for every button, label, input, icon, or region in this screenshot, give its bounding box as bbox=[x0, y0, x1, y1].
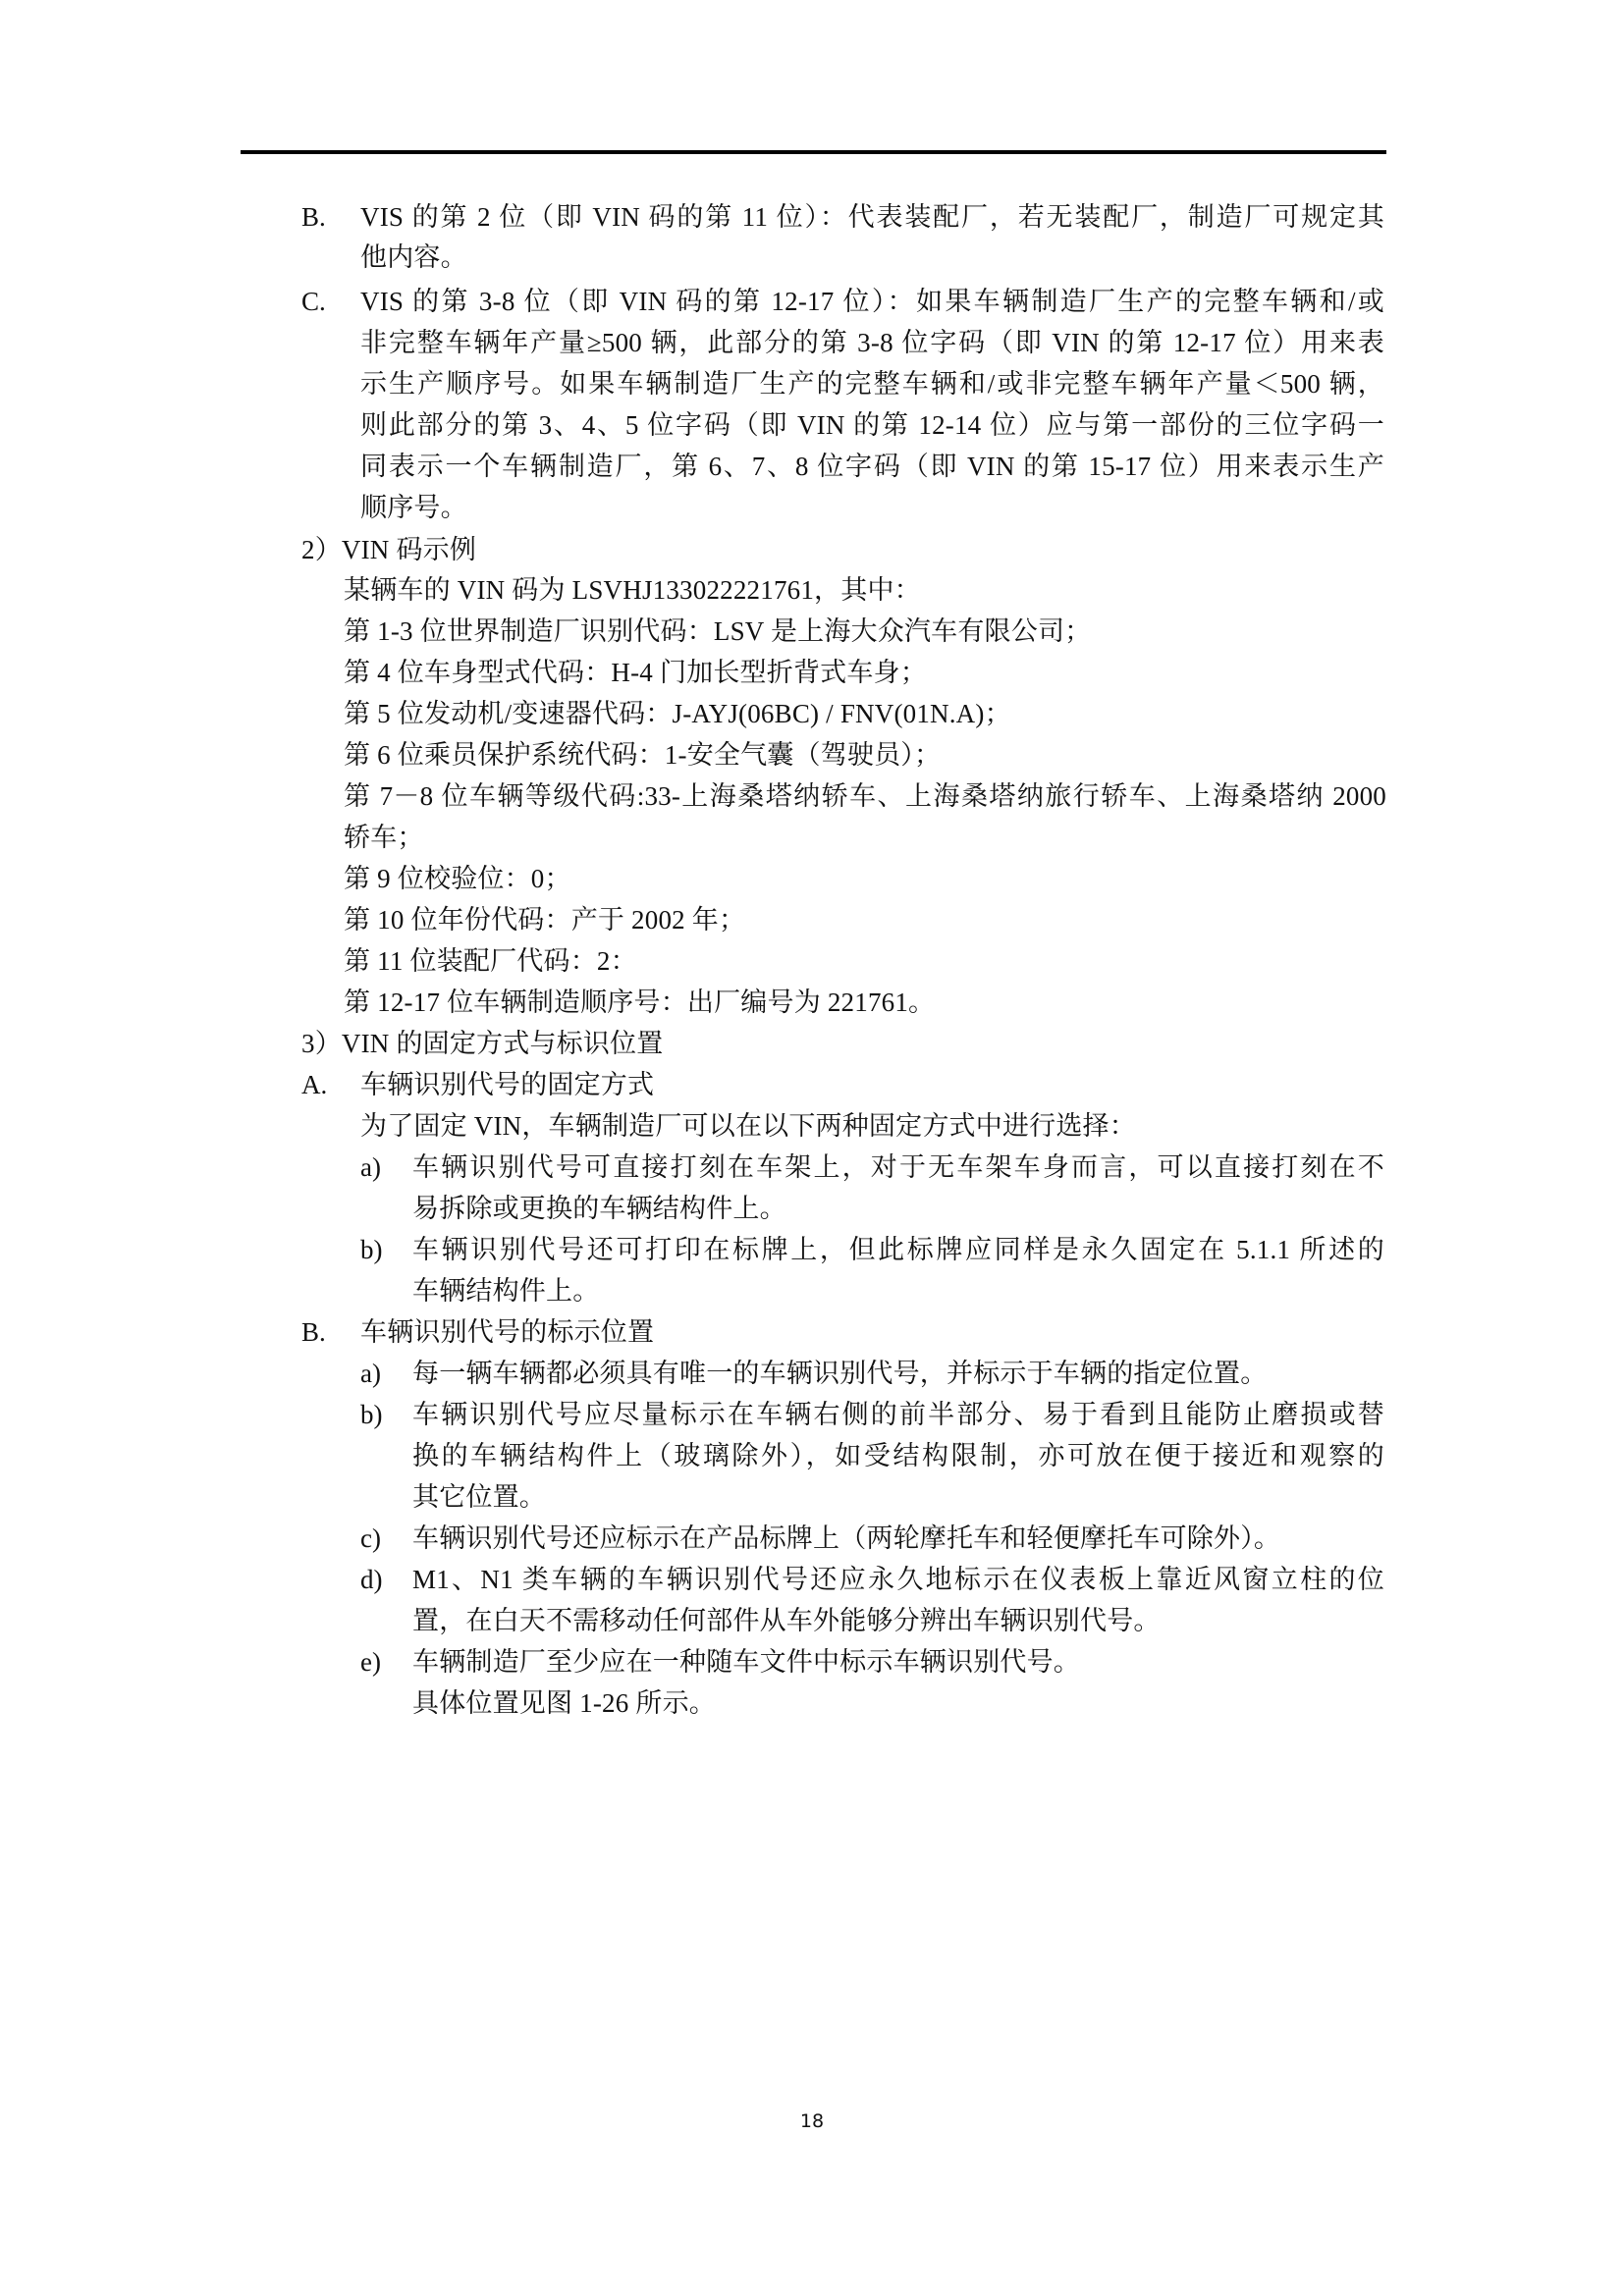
list-item-line: 车辆识别代号还可打印在标牌上，但此标牌应同样是永久固定在 5.1.1 所述的 bbox=[412, 1233, 1384, 1266]
vin-item: 第 7－8 位车辆等级代码:33-上海桑塔纳轿车、上海桑塔纳旅行轿车、上海桑塔纳… bbox=[344, 779, 1386, 813]
paragraph-line: VIS 的第 2 位（即 VIN 码的第 11 位）：代表装配厂，若无装配厂，制… bbox=[360, 200, 1384, 234]
subsection-title: 车辆识别代号的固定方式 bbox=[360, 1068, 654, 1101]
section-heading-vin-fixing: 3）VIN 的固定方式与标识位置 bbox=[301, 1027, 663, 1060]
paragraph-line: 非完整车辆年产量≥500 辆，此部分的第 3-8 位字码（即 VIN 的第 12… bbox=[360, 326, 1384, 359]
page-number: 18 bbox=[0, 2110, 1624, 2132]
list-marker: a) bbox=[360, 1150, 381, 1184]
list-item-line: 车辆制造厂至少应在一种随车文件中标示车辆识别代号。 bbox=[412, 1645, 1080, 1679]
section-marker-c: C. bbox=[301, 285, 326, 318]
vin-item: 第 9 位校验位：0； bbox=[344, 862, 571, 895]
list-marker: e) bbox=[360, 1645, 381, 1679]
subsection-title: 车辆识别代号的标示位置 bbox=[360, 1315, 654, 1349]
subsection-marker-b: B. bbox=[301, 1315, 326, 1349]
header-rule bbox=[241, 150, 1386, 154]
vin-item: 轿车； bbox=[344, 821, 424, 854]
list-marker: d) bbox=[360, 1563, 383, 1596]
subsection-marker-a: A. bbox=[301, 1068, 327, 1101]
section-heading-vin-example: 2）VIN 码示例 bbox=[301, 533, 476, 566]
paragraph-line: 则此部分的第 3、4、5 位字码（即 VIN 的第 12-14 位）应与第一部份… bbox=[360, 408, 1384, 442]
vin-item: 第 1-3 位世界制造厂识别代码：LSV 是上海大众汽车有限公司； bbox=[344, 614, 1091, 648]
list-item-line: 车辆识别代号还应标示在产品标牌上（两轮摩托车和轻便摩托车可除外）。 bbox=[412, 1522, 1280, 1555]
list-item-line: 每一辆车辆都必须具有唯一的车辆识别代号，并标示于车辆的指定位置。 bbox=[412, 1357, 1267, 1390]
paragraph-line: 示生产顺序号。如果车辆制造厂生产的完整车辆和/或非完整车辆年产量＜500 辆， bbox=[360, 367, 1384, 400]
list-marker: a) bbox=[360, 1357, 381, 1390]
list-item-line: 具体位置见图 1-26 所示。 bbox=[412, 1686, 716, 1720]
paragraph-line: VIS 的第 3-8 位（即 VIN 码的第 12-17 位）：如果车辆制造厂生… bbox=[360, 285, 1384, 318]
subsection-intro: 为了固定 VIN，车辆制造厂可以在以下两种固定方式中进行选择： bbox=[360, 1109, 1136, 1143]
list-item-line: 车辆识别代号应尽量标示在车辆右侧的前半部分、易于看到且能防止磨损或替 bbox=[412, 1398, 1384, 1431]
list-marker: b) bbox=[360, 1398, 383, 1431]
list-item-line: 置，在白天不需移动任何部件从车外能够分辨出车辆识别代号。 bbox=[412, 1604, 1161, 1637]
list-item-line: 其它位置。 bbox=[412, 1480, 546, 1514]
list-marker: b) bbox=[360, 1233, 383, 1266]
vin-item: 第 12-17 位车辆制造顺序号：出厂编号为 221761。 bbox=[344, 986, 935, 1019]
paragraph-line: 顺序号。 bbox=[360, 491, 467, 524]
paragraph-line: 他内容。 bbox=[360, 240, 467, 274]
list-item-line: 车辆结构件上。 bbox=[412, 1274, 599, 1308]
section-marker-b: B. bbox=[301, 200, 326, 234]
vin-example-intro: 某辆车的 VIN 码为 LSVHJ133022221761，其中： bbox=[344, 573, 921, 607]
list-item-line: 换的车辆结构件上（玻璃除外），如受结构限制，亦可放在便于接近和观察的 bbox=[412, 1439, 1384, 1472]
vin-item: 第 11 位装配厂代码：2： bbox=[344, 944, 637, 978]
vin-item: 第 6 位乘员保护系统代码：1-安全气囊（驾驶员）； bbox=[344, 738, 941, 772]
vin-item: 第 4 位车身型式代码：H-4 门加长型折背式车身； bbox=[344, 656, 927, 689]
list-marker: c) bbox=[360, 1522, 381, 1555]
vin-item: 第 5 位发动机/变速器代码：J-AYJ(06BC) / FNV(01N.A)； bbox=[344, 697, 1011, 730]
paragraph-line: 同表示一个车辆制造厂，第 6、7、8 位字码（即 VIN 的第 15-17 位）… bbox=[360, 450, 1384, 483]
vin-item: 第 10 位年份代码：产于 2002 年； bbox=[344, 903, 745, 936]
list-item-line: 车辆识别代号可直接打刻在车架上，对于无车架车身而言，可以直接打刻在不 bbox=[412, 1150, 1384, 1184]
list-item-line: M1、N1 类车辆的车辆识别代号还应永久地标示在仪表板上靠近风窗立柱的位 bbox=[412, 1563, 1384, 1596]
list-item-line: 易拆除或更换的车辆结构件上。 bbox=[412, 1192, 786, 1225]
